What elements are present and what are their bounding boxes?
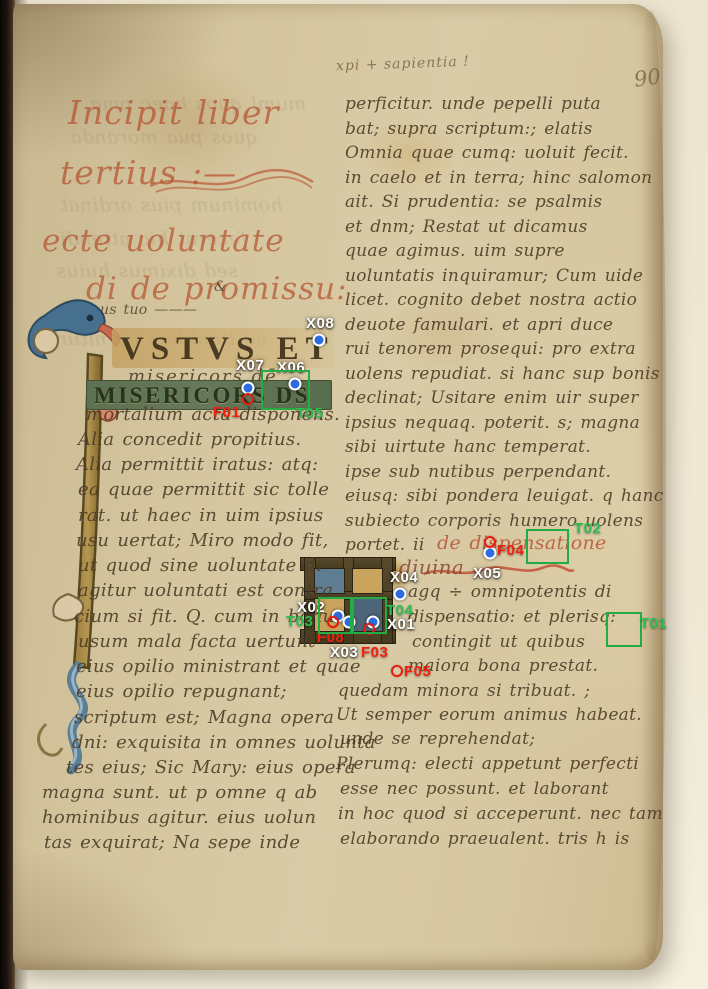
manuscript-line: usum mala facta uertunt — [78, 633, 316, 651]
screenshot-stage: xpi + sapientia ! 90 muml quos haec pmaq… — [0, 0, 708, 989]
manuscript-line: contingit ut quibus — [412, 634, 585, 651]
marker-label-F04: F04 — [497, 543, 524, 558]
circle-marker-F04[interactable] — [484, 536, 496, 548]
box-marker-T04[interactable] — [352, 597, 387, 634]
manuscript-line: scriptum est; Magna opera — [74, 709, 334, 727]
manuscript-line: uoluntatis inquiramur; Cum uide — [345, 268, 643, 285]
manuscript-line: quae agimus. uim supre — [345, 243, 565, 260]
manuscript-line: Ut semper eorum animus habeat. — [336, 707, 642, 724]
manuscript-line: declinat; Usitare enim uir super — [345, 390, 639, 407]
manuscript-line: maiora bona prestat. — [408, 658, 598, 675]
manuscript-line: hominibus agitur. eius uolun — [42, 809, 316, 827]
manuscript-line: Alia concedit propitius. — [78, 431, 301, 449]
bleedthrough-line: hominum pius ordinat — [60, 196, 283, 215]
manuscript-line: quedam minora si tribuat. ; — [338, 683, 590, 700]
marker-label-X01: X01 — [387, 617, 415, 632]
manuscript-line: ea quae permittit sic tolle — [78, 481, 329, 499]
marker-label-T03: T03 — [286, 614, 313, 629]
manuscript-line: esse nec possunt. et laborant — [340, 781, 609, 798]
manuscript-line: ut quod sine uoluntate di — [78, 557, 322, 575]
manuscript-line: eiusq: sibi pondera leuigat. q hanc — [345, 488, 664, 505]
accent-span: & — [214, 280, 227, 294]
box-marker-T01[interactable] — [606, 612, 642, 647]
rubric-line: tertius :— — [60, 156, 237, 189]
manuscript-line: in caelo et in terra; hinc salomon — [345, 170, 652, 187]
manuscript-line: usu uertat; Miro modo fit, — [76, 532, 329, 550]
manuscript-line: dispensatio: et plerisq: — [408, 609, 616, 626]
manuscript-line: eius opilio ministrant et quae — [76, 658, 361, 676]
manuscript-line: rat. ut haec in uim ipsius — [78, 507, 323, 525]
manuscript-line: uolens repudiat. si hanc sup bonis — [345, 366, 660, 383]
point-marker-X08[interactable] — [313, 334, 326, 347]
box-marker-T02[interactable] — [526, 529, 569, 564]
manuscript-line: tas exquirat; Na sepe inde — [44, 834, 300, 852]
rubric-line: Incipit liber — [68, 96, 279, 129]
marker-label-X08: X08 — [306, 316, 334, 331]
manuscript-line: ait. Si prudentia: se psalmis — [345, 194, 602, 211]
point-marker-X05[interactable] — [484, 547, 497, 560]
manuscript-line: deuote famulari. et apri duce — [345, 317, 613, 334]
manuscript-line: eius opilio repugnant; — [76, 683, 287, 701]
manuscript-line: portet. ii — [345, 537, 425, 554]
manuscript-line: dni: exquisita in omnes uolunta — [72, 734, 376, 752]
manuscript-line: unde se reprehendat; — [340, 731, 535, 748]
folio-number: 90 — [632, 64, 662, 91]
manuscript-line: elaborando praeualent. tris h is — [340, 831, 630, 848]
marker-label-T04: T04 — [386, 603, 413, 618]
marker-label-X05: X05 — [473, 566, 501, 581]
rubric-line: ecte uoluntate — [42, 226, 285, 257]
manuscript-line: Omnia quae cumq: uoluit fecit. — [345, 145, 629, 162]
circle-marker-F05[interactable] — [391, 665, 403, 677]
manuscript-line: tes eius; Sic Mary: eius opera — [66, 759, 356, 777]
marker-label-T02: T02 — [574, 521, 601, 536]
marker-label-T05: T05 — [296, 406, 323, 421]
point-marker-X04[interactable] — [394, 588, 407, 601]
manuscript-line: perficitur. unde pepelli puta — [345, 96, 601, 113]
manuscript-line: Plerumq: electi appetunt perfecti — [336, 756, 639, 773]
manuscript-line: rui tenorem prosequi: pro extra — [345, 341, 636, 358]
manuscript-line: agitur uoluntati est contra — [78, 582, 333, 600]
manuscript-line: bat; supra scriptum:; elatis — [345, 121, 593, 138]
marker-label-T01: T01 — [640, 616, 667, 631]
circle-marker-F01[interactable] — [242, 393, 254, 405]
marker-label-F03: F03 — [361, 645, 388, 660]
manuscript-line: Alia permittit iratus: atq: — [76, 456, 318, 474]
manuscript-line: agq ÷ omnipotentis di — [408, 584, 612, 601]
box-marker-T03[interactable] — [318, 597, 352, 634]
box-marker-T05[interactable] — [261, 370, 310, 410]
marker-label-F01: F01 — [213, 405, 240, 420]
marker-label-X04: X04 — [390, 570, 418, 585]
manuscript-line: sibi uirtute hanc temperat. — [345, 439, 591, 456]
manuscript-line: ipse sub nutibus perpendant. — [345, 464, 611, 481]
marker-label-X07: X07 — [236, 358, 264, 373]
marker-label-X03: X03 — [330, 645, 358, 660]
manuscript-line: magna sunt. ut p omne q ab — [42, 784, 317, 802]
manuscript-line: in hoc quod si acceperunt. nec tam — [338, 806, 663, 823]
panel-square-tan-tr — [353, 569, 382, 593]
manuscript-line: ipsius nequaq. poterit. s; magna — [345, 415, 640, 432]
accent-span: us tuo ——— — [100, 303, 197, 317]
marker-label-F05: F05 — [404, 664, 431, 679]
manuscript-line: et dnm; Restat ut dicamus — [345, 219, 588, 236]
manuscript-line: licet. cognito debet nostra actio — [345, 292, 637, 309]
